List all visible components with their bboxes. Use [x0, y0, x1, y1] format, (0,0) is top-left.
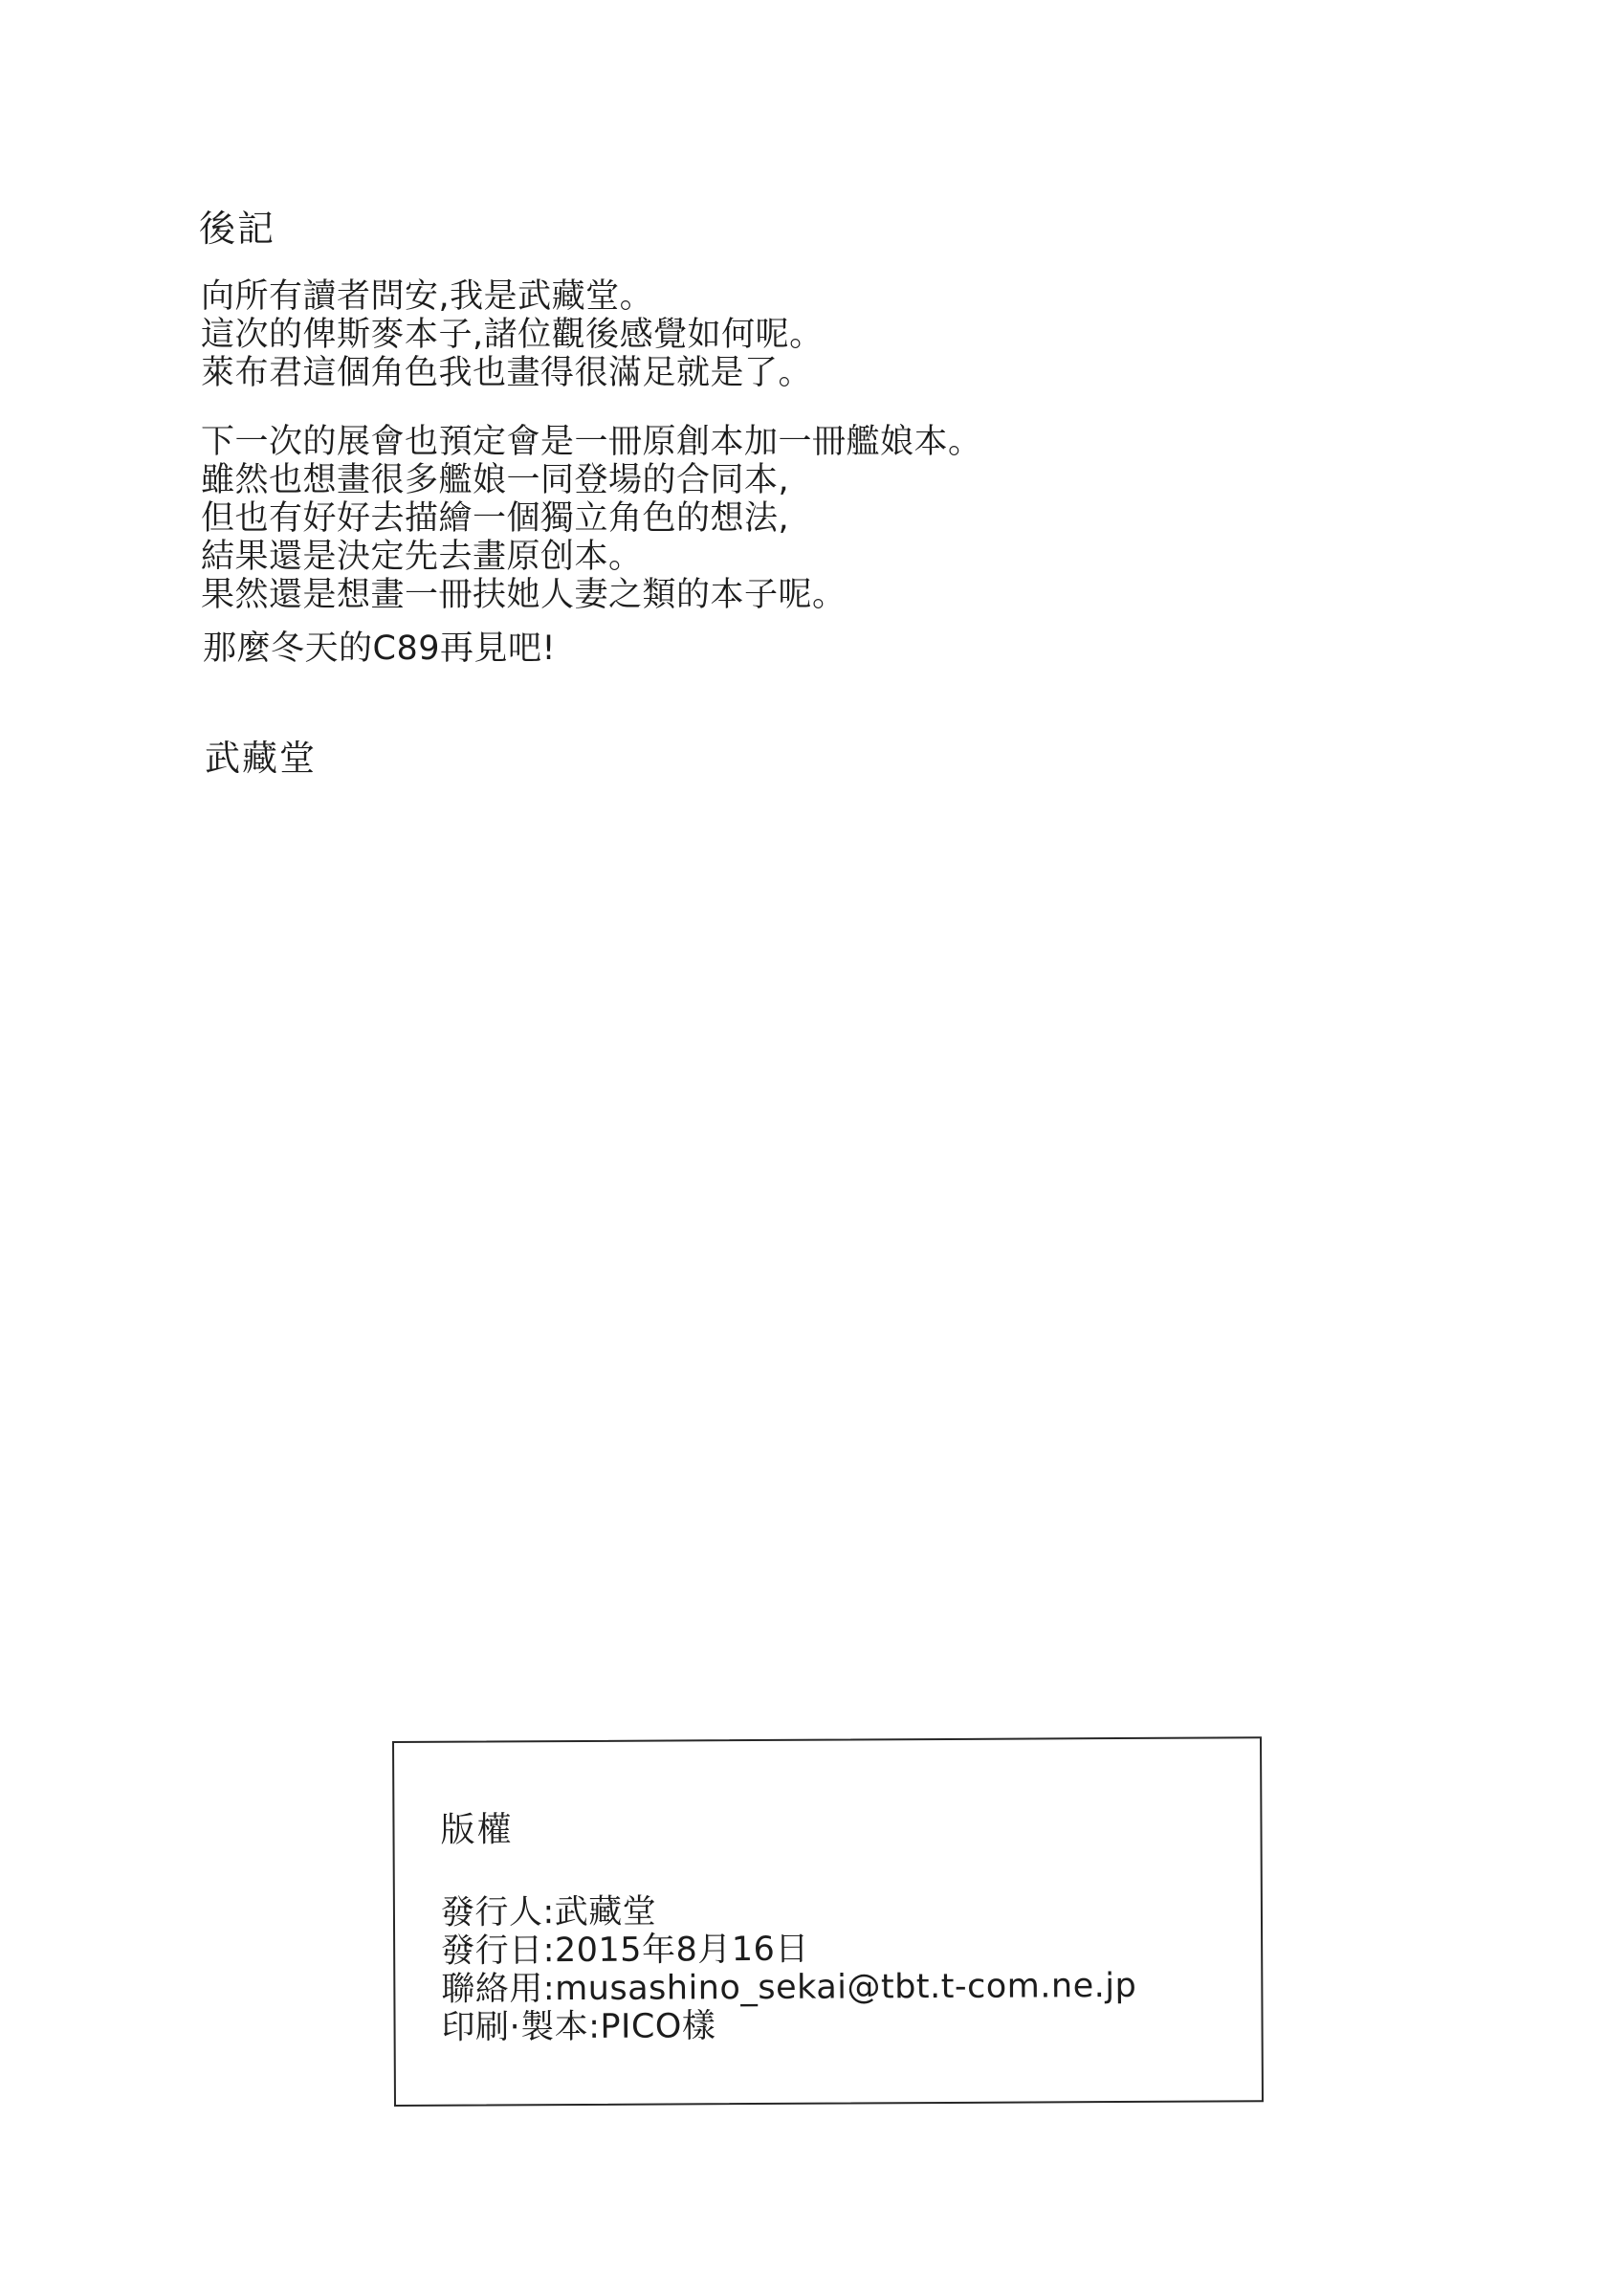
colophon-printing: 印刷·製本:PICO樣	[441, 2005, 1136, 2047]
afterword-line: 向所有讀者問安,我是武藏堂。	[201, 277, 824, 316]
afterword-line: 雖然也想畫很多艦娘一同登場的合同本,	[201, 461, 982, 499]
author-signature: 武藏堂	[205, 739, 317, 779]
afterword-line: 萊布君這個角色我也畫得很滿足就是了。	[201, 354, 824, 392]
colophon-date: 發行日:2015年8月16日	[441, 1929, 1136, 1971]
afterword-line: 但也有好好去描繪一個獨立角色的想法,	[201, 499, 982, 538]
colophon-lines: 發行人:武藏堂 發行日:2015年8月16日 聯絡用:musashino_sek…	[441, 1890, 1137, 2047]
afterword-title: 後記	[199, 209, 275, 249]
colophon-contact-email: 聯絡用:musashino_sekai@tbt.t-com.ne.jp	[441, 1967, 1136, 2009]
colophon-publisher: 發行人:武藏堂	[441, 1890, 1136, 1932]
afterword-closing-line: 那麼冬天的C89再見吧!	[203, 629, 556, 668]
scanned-afterword-page: 後記 向所有讀者問安,我是武藏堂。 這次的俾斯麥本子,諸位觀後感覺如何呢。 萊布…	[0, 0, 1607, 2296]
colophon-heading: 版權	[440, 1811, 513, 1849]
afterword-paragraph-greeting: 向所有讀者問安,我是武藏堂。 這次的俾斯麥本子,諸位觀後感覺如何呢。 萊布君這個…	[201, 277, 824, 392]
afterword-line: 果然還是想畫一冊扶她人妻之類的本子呢。	[201, 576, 982, 614]
afterword-paragraph-plans: 下一次的展會也預定會是一冊原創本加一冊艦娘本。 雖然也想畫很多艦娘一同登場的合同…	[201, 423, 982, 614]
colophon-box: 版權 發行人:武藏堂 發行日:2015年8月16日 聯絡用:musashino_…	[392, 1736, 1264, 2107]
afterword-line: 這次的俾斯麥本子,諸位觀後感覺如何呢。	[201, 316, 824, 354]
afterword-line: 結果還是決定先去畫原创本。	[201, 538, 982, 576]
afterword-line: 下一次的展會也預定會是一冊原創本加一冊艦娘本。	[201, 423, 982, 461]
